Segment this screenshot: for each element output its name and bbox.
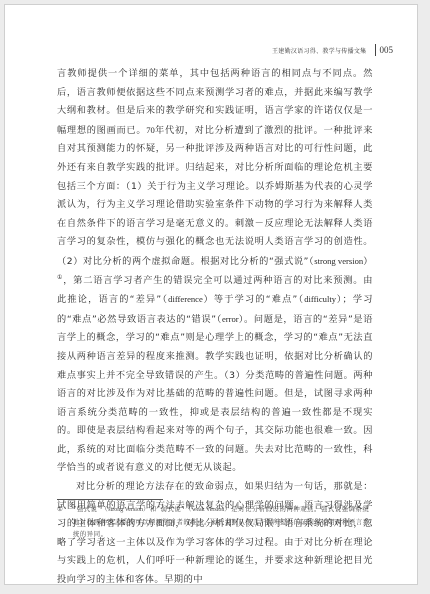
text-segment-latin: error	[222, 314, 239, 324]
text-segment-latin: difference	[168, 294, 203, 304]
document-page: 王建勤汉语习得、教学与传播文集 005 言教师提供一个详细的菜单，其中包括两种语…	[4, 4, 418, 585]
text-segment: ）。问题是，语言的“差异”是语言学上的概念，学习的“难点”则是心理学上的概念，学…	[57, 314, 373, 474]
paragraph-1: 言教师提供一个详细的菜单，其中包括两种语言的相同点与不同点。然后，语言教师便依据…	[57, 65, 373, 478]
text-segment-latin: strong version	[314, 256, 363, 266]
footnote-marker: ①	[57, 504, 63, 517]
footnote-text: “强式说”（strong Version）和“弱式说”（weak Version…	[73, 504, 373, 542]
viewer-scrollbar[interactable]	[420, 0, 430, 594]
footnote: ① “强式说”（strong Version）和“弱式说”（weak Versi…	[57, 504, 373, 542]
text-segment: 年代初，对比分析遭到了激烈的批评。一种批评来自对其预测能力的怀疑，另一种批评涉及…	[57, 125, 373, 267]
text-segment-latin: 70	[146, 125, 155, 135]
running-head: 王建勤汉语习得、教学与传播文集 005	[5, 43, 393, 57]
running-title: 王建勤汉语习得、教学与传播文集	[272, 46, 367, 55]
footnote-segment: ）和“弱式说”（	[143, 506, 192, 513]
text-segment: ）等于学习的“难点”（	[203, 294, 304, 305]
footnote-segment-latin: weak Version	[192, 507, 224, 513]
footnote-segment: “强式说”（	[73, 506, 108, 513]
footnote-separator	[57, 499, 163, 500]
text-segment-latin: difficulty	[304, 294, 336, 304]
page-number: 005	[380, 45, 394, 55]
text-segment: ）	[363, 256, 373, 267]
header-divider	[375, 44, 376, 56]
footnote-segment-latin: strong Version	[108, 507, 143, 513]
